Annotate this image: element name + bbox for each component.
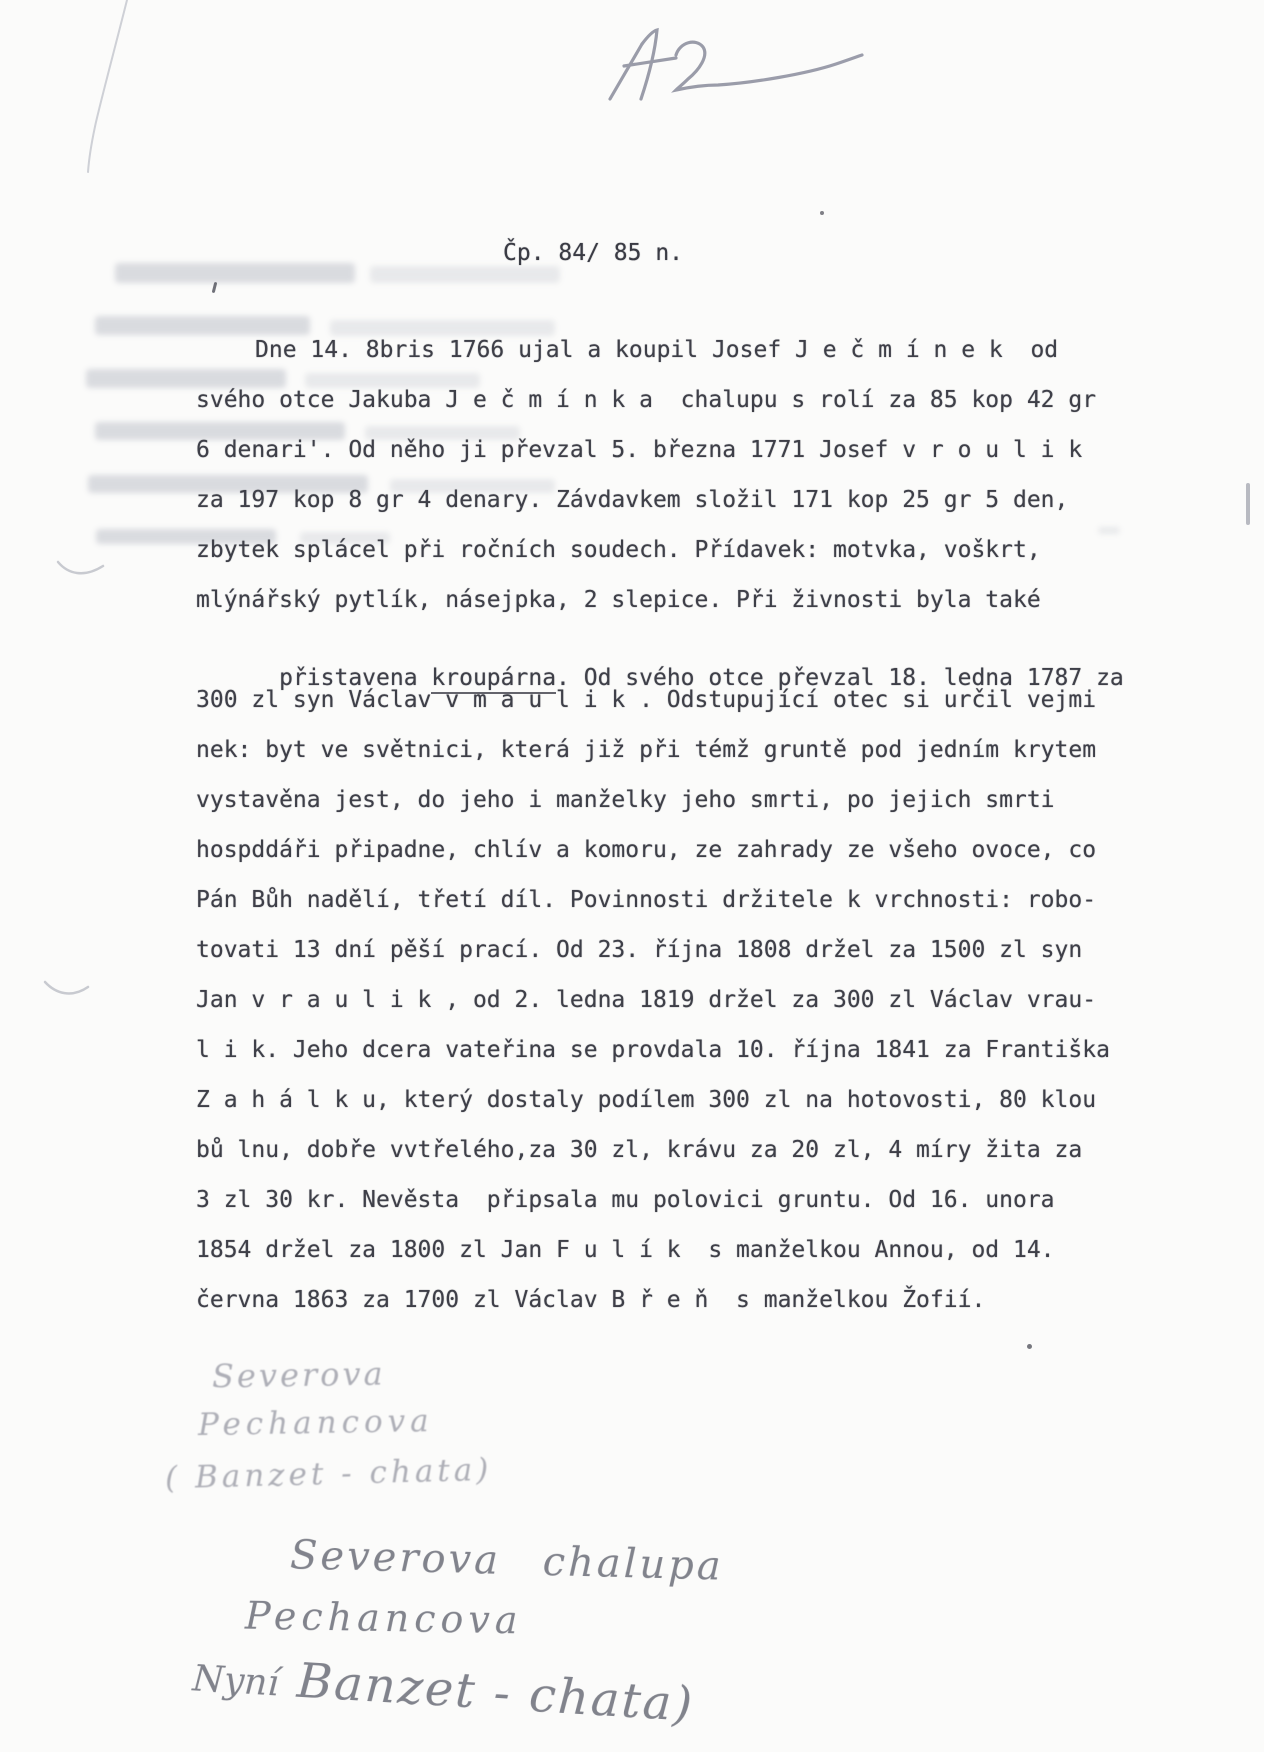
handwriting-words-banzet-chata: Banzet - chata)	[295, 1653, 695, 1733]
ink-speck	[1027, 1344, 1032, 1349]
typed-line: hospddáři připadne, chlív a komoru, ze z…	[196, 836, 1096, 864]
handwritten-note-banzet-chata-faint: ( Banzet - chata)	[165, 1452, 493, 1497]
typed-line: zbytek splácel při ročních soudech. Příd…	[196, 536, 1041, 564]
typed-line: června 1863 za 1700 zl Václav B ř e ň s …	[196, 1286, 985, 1314]
typed-line: Dne 14. 8bris 1766 ujal a koupil Josef J…	[255, 336, 1058, 364]
margin-check-mark	[45, 982, 88, 993]
margin-check-mark	[58, 562, 103, 573]
bleedthrough-smudge	[95, 316, 310, 335]
scan-edge-artifact	[1246, 483, 1250, 525]
typed-line: 1854 držel za 1800 zl Jan F u l í k s ma…	[196, 1236, 1055, 1264]
typed-line: bů lnu, dobře vvtřelého,za 30 zl, krávu …	[196, 1136, 1082, 1164]
stray-apostrophe-mark	[212, 282, 218, 293]
handwritten-note-pechancova-faint: Pechancova	[198, 1403, 434, 1443]
typed-line: tovati 13 dní pěší prací. Od 23. října 1…	[196, 936, 1082, 964]
bleedthrough-smudge	[370, 266, 560, 283]
typed-line: 300 zl syn Václav v m a u l i k . Odstup…	[196, 686, 1096, 714]
handwritten-note-nyni-banzet-chata: NyníBanzet - chata)	[170, 1626, 697, 1752]
typed-line: mlýnářský pytlík, násejpka, 2 slepice. P…	[196, 586, 1041, 614]
crease-mark	[88, 0, 127, 172]
typed-line: 6 denari'. Od něho ji převzal 5. března …	[196, 436, 1082, 464]
bleedthrough-smudge	[330, 320, 555, 336]
typed-line: za 197 kop 8 gr 4 denary. Závdavkem slož…	[196, 486, 1068, 514]
typed-line: nek: byt ve světnici, která již při témž…	[196, 736, 1096, 764]
typed-line: l i k. Jeho dcera vateřina se provdala 1…	[196, 1036, 1110, 1064]
typed-line: 3 zl 30 kr. Nevěsta připsala mu polovici…	[196, 1186, 1055, 1214]
typed-line: vystavěna jest, do jeho i manželky jeho …	[196, 786, 1055, 814]
ink-speck	[820, 211, 824, 215]
page-header-cislo-popisne: Čp. 84/ 85 n.	[503, 240, 683, 266]
typed-line: Pán Bůh nadělí, třetí díl. Povinnosti dr…	[196, 886, 1096, 914]
handwritten-note-severova-faint: Severova	[212, 1354, 386, 1395]
handwritten-page-number-172	[610, 30, 862, 99]
typed-line: svého otce Jakuba J e č m í n k a chalup…	[196, 386, 1096, 414]
handwriting-word-nyni: Nyní	[191, 1658, 280, 1704]
typed-line: Jan v r a u l i k , od 2. ledna 1819 drž…	[196, 986, 1096, 1014]
typed-line: Z a h á l k u, který dostaly podílem 300…	[196, 1086, 1096, 1114]
scanned-document-page: Čp. 84/ 85 n. Dne 14. 8bris 1766 ujal a …	[0, 0, 1264, 1752]
handwritten-note-severova-chalupa: Severova chalupa	[289, 1532, 724, 1589]
bleedthrough-smudge	[115, 263, 355, 283]
bleedthrough-smudge	[1098, 527, 1120, 534]
